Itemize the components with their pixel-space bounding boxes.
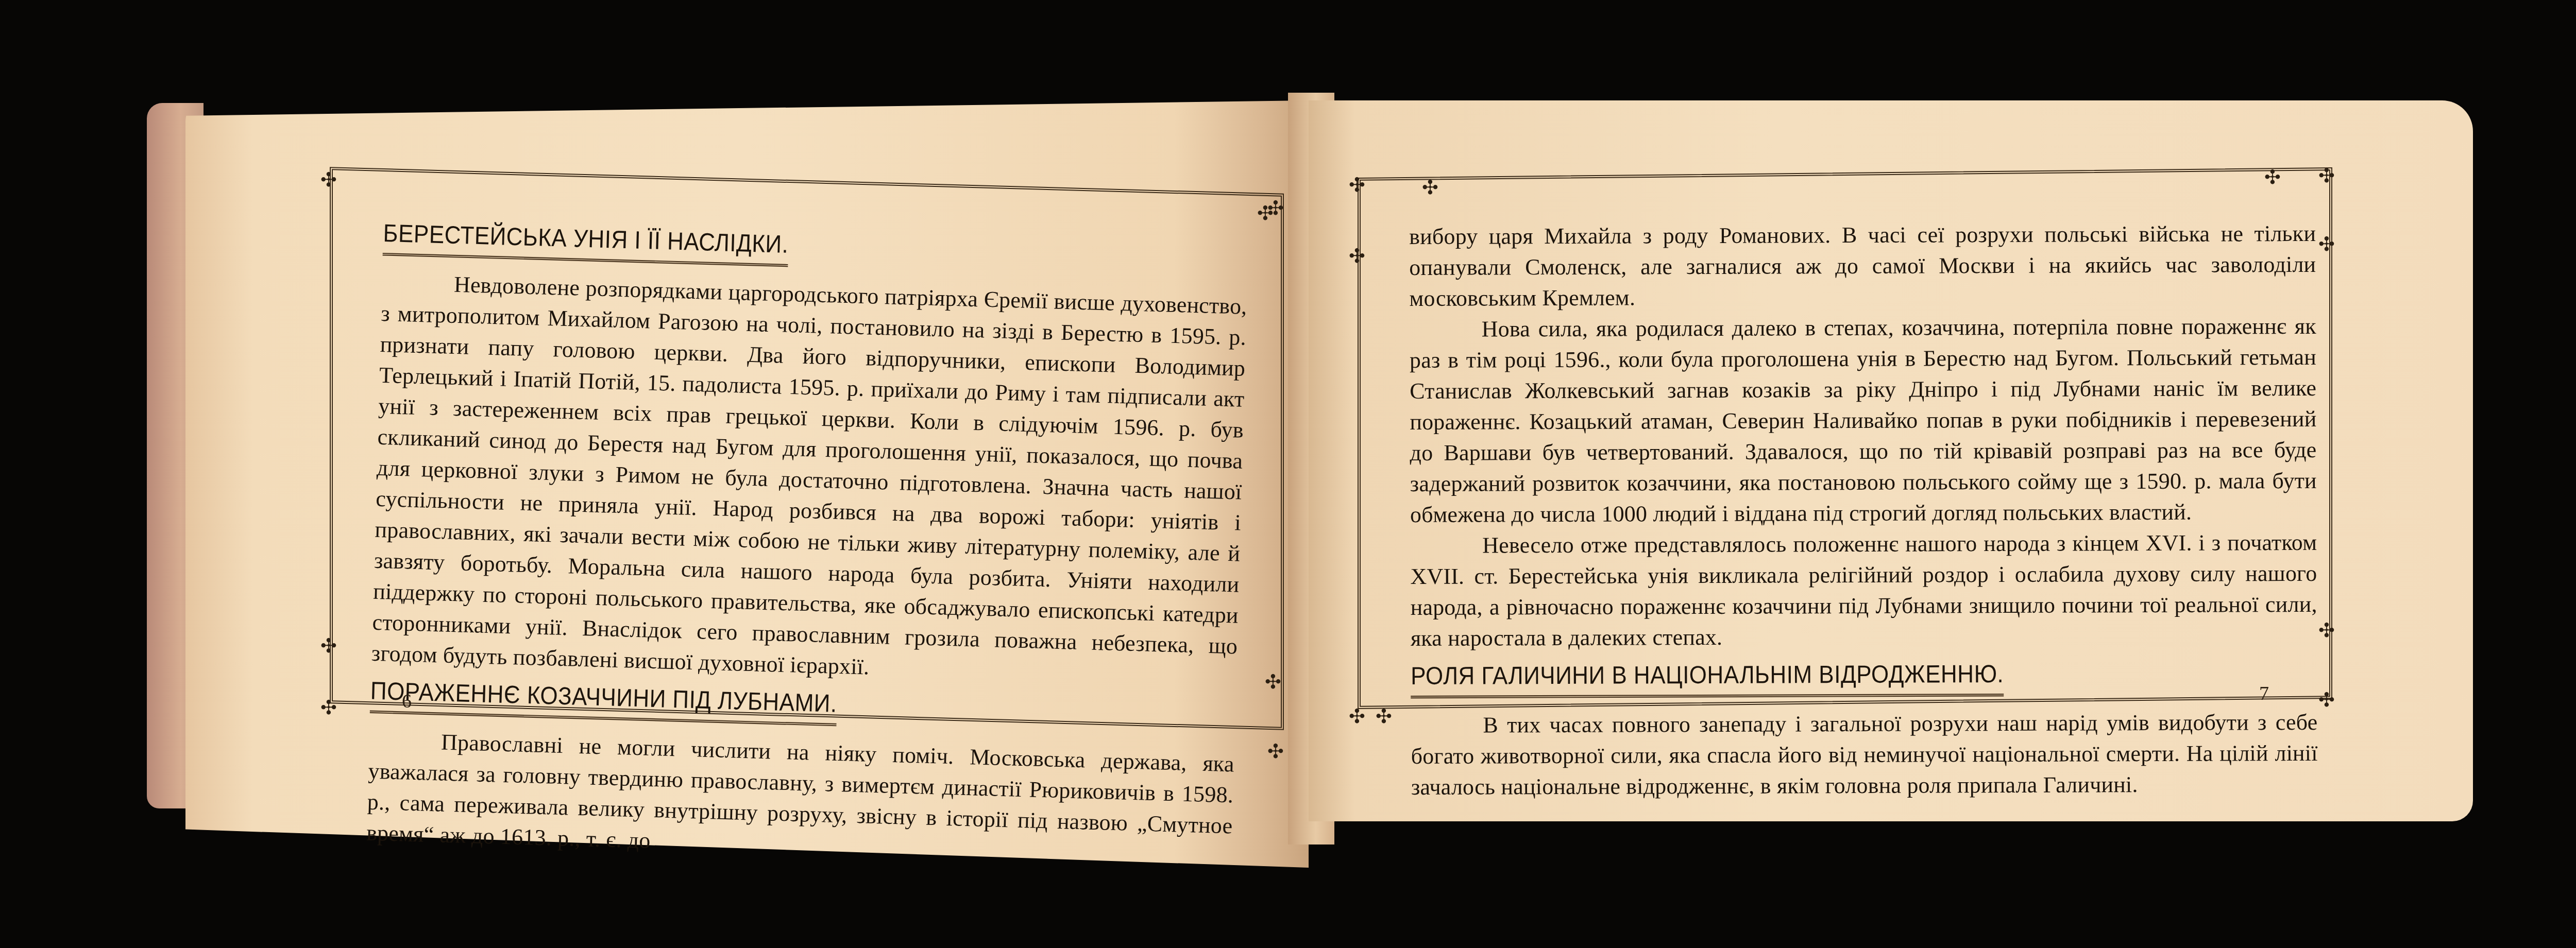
section-heading: РОЛЯ ГАЛИЧИНИ В НАЦІОНАЛЬНІМ ВІДРОДЖЕННЮ… — [1411, 658, 2004, 699]
border-ornament-icon: ✣ — [1376, 706, 1392, 726]
left-page-text: БЕРЕСТЕЙСЬКА УНІЯ І ЇЇ НАСЛІДКИ. Невдово… — [366, 211, 1249, 872]
corner-ornament-icon: ✣ — [1349, 706, 1365, 726]
paragraph: Православні не могли числити на ніяку по… — [366, 725, 1234, 873]
border-ornament-icon: ✣ — [2264, 167, 2281, 187]
corner-ornament-icon: ✣ — [320, 698, 337, 717]
border-ornament-icon: ✣ — [320, 636, 337, 656]
corner-ornament-icon: ✣ — [1349, 175, 1365, 195]
border-ornament-icon: ✣ — [1422, 178, 1438, 197]
right-page-text: вибору царя Михайла з роду Романових. В … — [1409, 218, 2318, 803]
section-heading: БЕРЕСТЕЙСЬКА УНІЯ І ЇЇ НАСЛІДКИ. — [383, 217, 789, 267]
corner-ornament-icon: ✣ — [320, 170, 337, 189]
corner-ornament-icon: ✣ — [2318, 690, 2335, 710]
paragraph: Невесело отже представлялось положеннє н… — [1410, 527, 2317, 654]
paragraph: Нова сила, яка родилася далеко в степах,… — [1410, 311, 2317, 530]
section-heading: ПОРАЖЕННЄ КОЗАЧЧИНИ ПІД ЛУБНАМИ. — [370, 674, 838, 726]
border-ornament-icon: ✣ — [1265, 672, 1281, 692]
border-ornament-icon: ✣ — [1257, 203, 1274, 223]
paragraph: В тих часах повного занепаду і загальної… — [1411, 707, 2318, 803]
open-book-spread: ✣ ✣ ✣ ✣ ✣ ✣ ✣ ✣ ✣ ✣ ✣ ✣ ✣ ✣ ✣ ✣ ✣ БЕРЕСТ… — [0, 0, 2576, 948]
border-ornament-icon: ✣ — [2318, 234, 2335, 254]
border-ornament-icon: ✣ — [1349, 246, 1365, 266]
paragraph: вибору царя Михайла з роду Романових. В … — [1409, 218, 2316, 314]
border-ornament-icon: ✣ — [2318, 620, 2335, 640]
page-number: 6 — [402, 690, 412, 713]
paragraph: Невдоволене розпорядками царгородського … — [371, 267, 1247, 693]
page-number: 7 — [2259, 682, 2269, 705]
corner-ornament-icon: ✣ — [2318, 166, 2335, 185]
corner-ornament-icon: ✣ — [1267, 742, 1284, 761]
